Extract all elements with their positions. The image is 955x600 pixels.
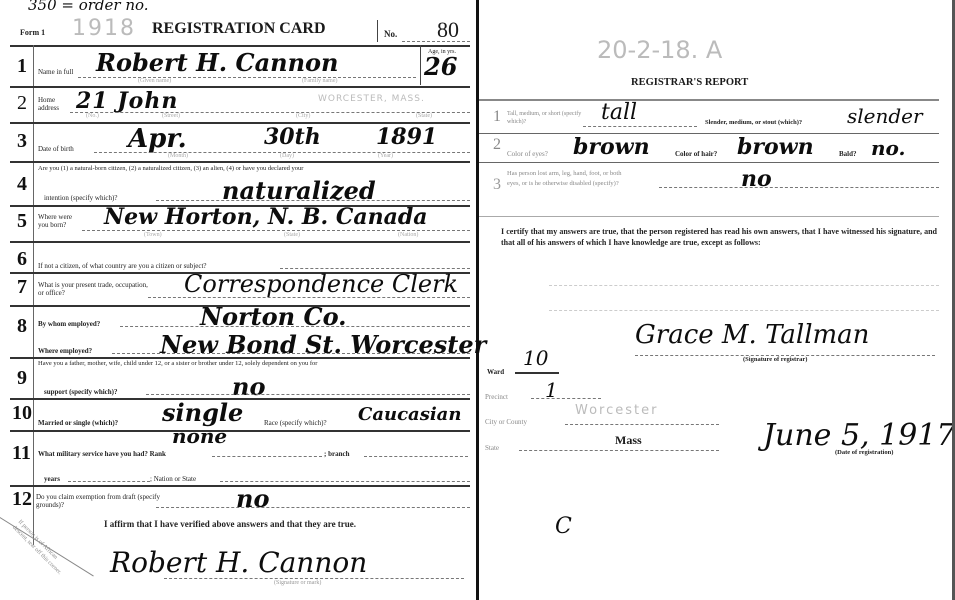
race-label: Race (specify which)? [264, 419, 327, 427]
field-number-12: 12 [12, 488, 32, 511]
bottom-mark: C [555, 514, 572, 539]
ward-label: Ward [487, 368, 504, 376]
military-service-value: none [172, 424, 227, 448]
signature-caption: (Signature or mark) [274, 580, 321, 586]
field-number-4: 4 [17, 173, 27, 196]
occupation-value: Correspondence Clerk [184, 270, 458, 298]
marital-status-value: single [162, 398, 243, 427]
dob-year: 1891 [376, 124, 437, 150]
field-number-2: 2 [17, 92, 27, 115]
disability-label-line1: Has person lost arm, leg, hand, foot, or… [507, 170, 621, 178]
citizenship-label: intention (specify which)? [44, 194, 117, 202]
registration-card: 350 = order no. Form 1 1918 REGISTRATION… [0, 0, 479, 600]
affirmation-text: I affirm that I have verified above answ… [104, 520, 356, 528]
report-title: REGISTRAR'S REPORT [631, 77, 748, 88]
report-field-number-1: 1 [493, 108, 501, 126]
name-label: Name in full [38, 68, 73, 76]
home-address-label: Home address [38, 96, 74, 112]
city-county-label: City or County [485, 418, 527, 426]
registration-date-caption: (Date of registration) [835, 449, 893, 457]
state-value: Mass [615, 433, 642, 448]
city-county-value: Worcester [575, 403, 658, 418]
height-label: Tall, medium, or short (specify which)? [507, 110, 583, 126]
field-number-6: 6 [17, 248, 27, 271]
dob-month: Apr. [128, 124, 187, 154]
race-value: Caucasian [358, 404, 461, 425]
dependents-label: support (specify which)? [44, 388, 118, 396]
nation-label: ; Nation or State [150, 475, 196, 483]
foreign-citizenship-label: If not a citizen, of what country are yo… [38, 262, 207, 270]
occupation-label: What is your present trade, occupation, … [38, 281, 148, 297]
birthplace-value: New Horton, N. B. Canada [104, 204, 428, 230]
ward-value: 10 [523, 346, 548, 370]
exemption-value: no [236, 484, 269, 513]
dependents-question: Have you a father, mother, wife, child u… [38, 360, 317, 368]
hair-color-value: brown [737, 134, 814, 160]
dependents-value: no [232, 372, 265, 401]
certification-text: I certify that my answers are true, that… [501, 226, 937, 248]
field-number-11: 11 [12, 442, 31, 465]
file-number-stamp: 20-2-18. A [597, 36, 722, 64]
height-value: tall [601, 100, 637, 125]
order-number-annotation: 350 = order no. [28, 0, 149, 14]
age-value: 26 [424, 52, 457, 81]
hair-color-label: Color of hair? [675, 150, 717, 158]
year-stamp: 1918 [72, 16, 136, 41]
marital-status-label: Married or single (which)? [38, 419, 118, 427]
corner-tear-note: If person is of African descent, tear of… [10, 518, 69, 577]
registrar-caption: (Signature of registrar) [743, 356, 807, 364]
field-number-5: 5 [17, 210, 27, 233]
citizenship-question: Are you (1) a natural-born citizen, (2) … [38, 165, 303, 173]
work-location-value: New Bond St. Worcester [160, 330, 486, 359]
employer-label: By whom employed? [38, 320, 100, 328]
field-number-8: 8 [17, 315, 27, 338]
work-location-label: Where employed? [38, 347, 92, 355]
field-number-7: 7 [17, 276, 27, 299]
bald-label: Bald? [839, 150, 857, 158]
bald-value: no. [871, 136, 906, 160]
eye-color-label: Color of eyes? [507, 150, 548, 158]
exemption-label: Do you claim exemption from draft (speci… [36, 493, 166, 509]
name-value: Robert H. Cannon [96, 48, 338, 77]
dob-label: Date of birth [38, 145, 74, 153]
registration-date: June 5, 1917 [763, 418, 955, 453]
military-service-label: What military service have you had? Rank [38, 450, 166, 458]
city-state-stamp: WORCESTER, MASS. [318, 94, 425, 104]
precinct-label: Precinct [485, 393, 508, 401]
disability-value: no [741, 166, 772, 192]
serial-number-label: No. [384, 30, 397, 38]
build-label: Slender, medium, or stout (which)? [705, 119, 802, 127]
registrant-signature: Robert H. Cannon [110, 546, 367, 579]
disability-label-line2: eyes, or is he otherwise disabled (speci… [507, 180, 619, 188]
years-label: years [44, 475, 60, 483]
serial-number: 80 [437, 17, 459, 43]
registrar-signature: Grace M. Tallman [635, 320, 869, 350]
field-number-1: 1 [17, 55, 27, 78]
field-number-10: 10 [12, 402, 32, 425]
branch-label: ; branch [324, 450, 349, 458]
report-field-number-2: 2 [493, 136, 501, 154]
eye-color-value: brown [573, 134, 650, 160]
card-title: REGISTRATION CARD [152, 20, 326, 38]
dob-day: 30th [264, 124, 321, 150]
state-label: State [485, 444, 499, 452]
field-number-3: 3 [17, 130, 27, 153]
form-label: Form 1 [20, 29, 45, 37]
home-address-value: 21 John [76, 88, 178, 114]
field-number-9: 9 [17, 367, 27, 390]
report-field-number-3: 3 [493, 176, 501, 194]
build-value: slender [847, 104, 923, 128]
registrars-report: 20-2-18. A REGISTRAR'S REPORT 1 Tall, me… [479, 0, 955, 600]
birthplace-label: Where were you born? [38, 213, 80, 229]
